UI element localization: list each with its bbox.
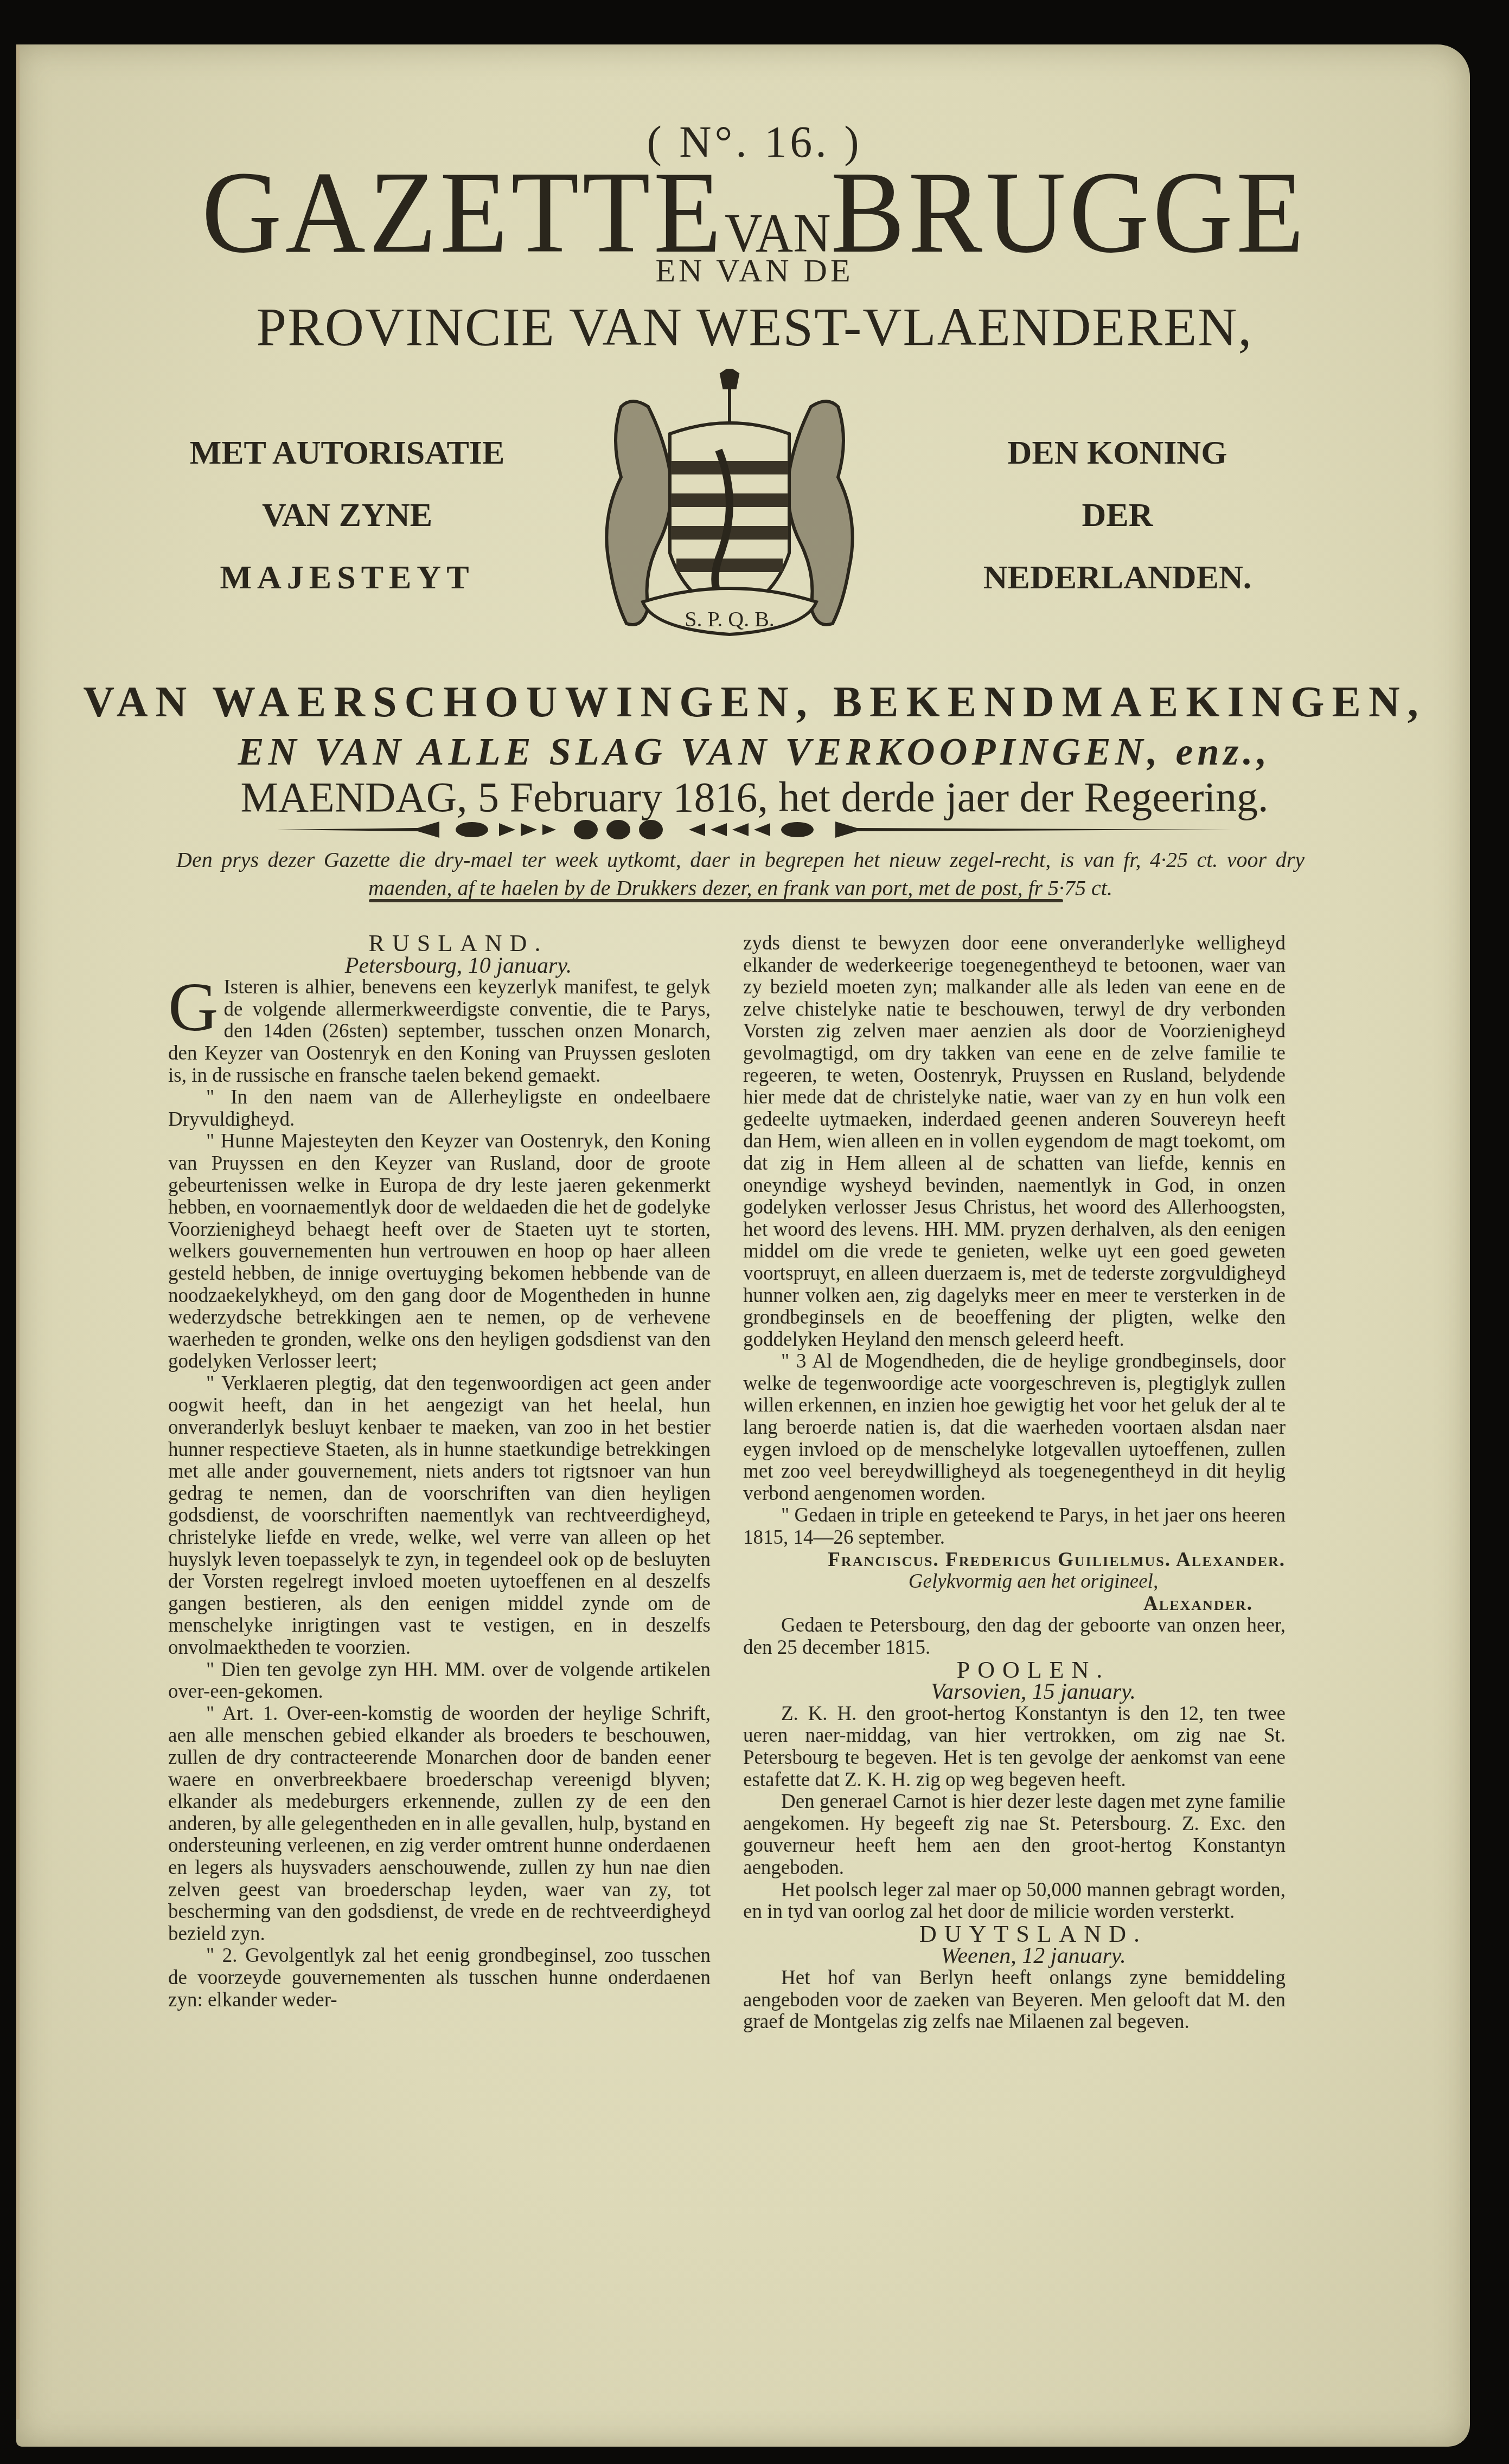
section-heading-duytsland: DUYTSLAND. (743, 1923, 1286, 1946)
subtitle-en-van-de: EN VAN DE (0, 252, 1509, 290)
article-paragraph: " 3 Al de Mogendheden, die de heylige gr… (743, 1351, 1286, 1505)
article-paragraph: Het poolsch leger zal maer op 50,000 man… (743, 1879, 1286, 1923)
coat-motto: S. P. Q. B. (685, 607, 775, 631)
article-paragraph: " Gedaen in triple en geteekend te Parys… (743, 1505, 1286, 1549)
section-heading-poolen: POOLEN. (743, 1659, 1286, 1682)
subtitle-province: PROVINCIE VAN WEST-VLAENDEREN, (0, 296, 1509, 358)
dateline-varsovien: Varsovien, 15 january. (743, 1681, 1286, 1703)
signatories: Franciscus. Fredericus Guilielmus. Alexa… (743, 1549, 1286, 1571)
authority-right-1: DEN KONING (955, 434, 1280, 472)
article-paragraph: Isteren is alhier, benevens een keyzerly… (168, 976, 711, 1086)
article-paragraph: Den generael Carnot is hier dezer leste … (743, 1791, 1286, 1879)
article-closing: Gedaen te Petersbourg, den dag der geboo… (743, 1615, 1286, 1659)
authority-right-2: DER (955, 496, 1280, 535)
horizontal-rule (369, 899, 1063, 902)
section-heading-rusland: RUSLAND. (168, 933, 711, 955)
page-spine-edge (16, 44, 20, 2420)
article-paragraph: " Art. 1. Over-een-komstig de woorden de… (168, 1703, 711, 1946)
issue-dateline: MAENDAG, 5 February 1816, het derde jaer… (0, 773, 1509, 822)
dateline-weenen: Weenen, 12 january. (743, 1945, 1286, 1967)
article-paragraph: zyds dienst te bewyzen door eene onveran… (743, 933, 1286, 1351)
price-notice: Den prys dezer Gazette die dry-mael ter … (176, 846, 1305, 902)
tagline-sales: EN VAN ALLE SLAG VAN VERKOOPINGEN, enz., (0, 729, 1509, 774)
drop-cap: G (168, 980, 218, 1034)
authority-left-3: MAJESTEYT (184, 559, 510, 597)
authority-left-2: VAN ZYNE (184, 496, 510, 535)
dateline-petersbourg: Petersbourg, 10 january. (168, 955, 711, 977)
article-paragraph: " 2. Gevolgentlyk zal het eenig grondbeg… (168, 1945, 711, 2011)
certification-line: Gelykvormig aen het origineel, (743, 1571, 1286, 1593)
authority-left-1: MET AUTORISATIE (184, 434, 510, 472)
coat-of-arms-icon: S. P. Q. B. (534, 369, 925, 656)
column-left: RUSLAND. Petersbourg, 10 january. GIster… (168, 933, 711, 2011)
article-paragraph: Het hof van Berlyn heeft onlangs zyne be… (743, 1967, 1286, 2033)
authority-right-3: NEDERLANDEN. (955, 559, 1280, 597)
certified-by: Alexander. (743, 1593, 1286, 1615)
ornamental-divider-icon (277, 819, 1231, 840)
article-paragraph: Z. K. H. den groot-hertog Konstantyn is … (743, 1703, 1286, 1791)
column-right: zyds dienst te bewyzen door eene onveran… (743, 933, 1286, 2033)
article-paragraph: " Hunne Majesteyten den Keyzer van Ooste… (168, 1131, 711, 1373)
article-paragraph: " In den naem van de Allerheyligste en o… (168, 1087, 711, 1131)
article-paragraph: " Verklaeren plegtig, dat den tegenwoord… (168, 1373, 711, 1659)
article-paragraph: " Dien ten gevolge zyn HH. MM. over de v… (168, 1659, 711, 1703)
tagline-announcements: VAN WAERSCHOUWINGEN, BEKENDMAEKINGEN, (0, 678, 1509, 727)
